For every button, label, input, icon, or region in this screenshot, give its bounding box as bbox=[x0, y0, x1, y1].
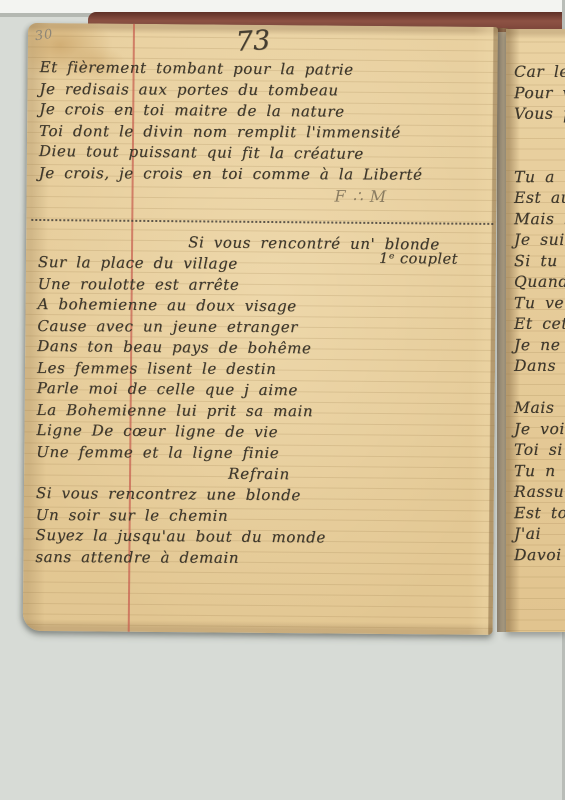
right-page-content: Car lesPour votVous porTu a rEst aussMai… bbox=[514, 29, 565, 566]
fragment-line: Pour vot bbox=[514, 83, 565, 104]
song-block: 1ᵉ couplet Sur la place du villageUne ro… bbox=[35, 252, 486, 571]
stanza-line: Et fièrement tombant pour la patrie bbox=[40, 57, 488, 82]
fragment-line: Est auss bbox=[514, 188, 565, 209]
verse-line: Ligne De cœur ligne de vie bbox=[36, 420, 484, 445]
signature-mark: F∴M bbox=[38, 183, 486, 211]
stanza-line: Toi dont le divin nom remplit l'immensit… bbox=[39, 121, 487, 144]
left-page: 30 73 Et fièrement tombant pour la patri… bbox=[23, 23, 498, 635]
verse-line: Une roulotte est arrête bbox=[38, 274, 486, 297]
couplet-block: Sur la place du villageUne roulotte est … bbox=[36, 252, 486, 466]
left-page-content: Et fièrement tombant pour la patrieJe re… bbox=[35, 23, 488, 571]
fragment-line: Tu n bbox=[514, 461, 565, 482]
refrain-block: Si vous rencontrez une blondeUn soir sur… bbox=[35, 483, 484, 571]
verse-line: Les femmes lisent le destin bbox=[37, 358, 485, 381]
fragment-line: J'ai bbox=[514, 524, 565, 545]
verse-line: Cause avec un jeune etranger bbox=[37, 316, 485, 339]
fragment-line: Et cette bbox=[514, 314, 565, 335]
verse-line: A bohemienne au doux visage bbox=[37, 294, 485, 319]
verse-line: Dans ton beau pays de bohême bbox=[37, 336, 485, 361]
fragment-line bbox=[514, 377, 565, 398]
refrain-label: Refrain bbox=[228, 464, 484, 487]
fragment-line: Quand bbox=[514, 272, 565, 293]
verse-line: La Bohemienne lui prit sa main bbox=[37, 400, 485, 423]
fragment-line: Vous por bbox=[514, 104, 565, 125]
verse-line: Une femme et la ligne finie bbox=[36, 442, 484, 465]
fragment-line: Tu a r bbox=[514, 167, 565, 188]
verse-line: Parle moi de celle que j aime bbox=[37, 378, 485, 403]
fragment-line: Si tu bbox=[514, 251, 565, 272]
fragment-line: Je vois bbox=[514, 419, 565, 440]
fragment-line: Est to bbox=[514, 503, 565, 524]
stanza-line: Je redisais aux portes du tombeau bbox=[39, 79, 487, 102]
stanza-block: Et fièrement tombant pour la patrieJe re… bbox=[39, 57, 488, 187]
fragment-line: Car les bbox=[514, 62, 565, 83]
fragment-line: Mais bbox=[514, 398, 565, 419]
fragment-line: Rassure bbox=[514, 482, 565, 503]
fragment-line: Je ne m bbox=[514, 335, 565, 356]
fragment-line: Dans to bbox=[514, 356, 565, 377]
stanza-line: Je crois, je crois en toi comme à la Lib… bbox=[39, 163, 487, 186]
fragment-line: Toi si bbox=[514, 440, 565, 461]
dotted-divider bbox=[31, 219, 493, 225]
fragment-line: Tu verra bbox=[514, 293, 565, 314]
fragment-line bbox=[514, 125, 565, 146]
refrain-line: sans attendre à demain bbox=[35, 547, 483, 570]
fragment-line bbox=[514, 146, 565, 167]
refrain-line: Si vous rencontrez une blonde bbox=[36, 483, 484, 508]
stanza-line: Je crois en toi maitre de la nature bbox=[39, 99, 487, 124]
fragment-line: Mais b bbox=[514, 209, 565, 230]
fragment-line: Davoi bbox=[514, 545, 565, 566]
stanza-line: Dieu tout puissant qui fit la créature bbox=[39, 141, 487, 166]
fragment-line: Je suis bbox=[514, 230, 565, 251]
right-page: Car lesPour votVous porTu a rEst aussMai… bbox=[506, 29, 565, 632]
refrain-line: Suyez la jusqu'au bout du monde bbox=[35, 525, 483, 550]
scan-background: { "colors": { "background": "#d7dbd6", "… bbox=[0, 0, 565, 800]
refrain-line: Un soir sur le chemin bbox=[36, 505, 484, 528]
couplet-label: 1ᵉ couplet bbox=[379, 251, 458, 268]
